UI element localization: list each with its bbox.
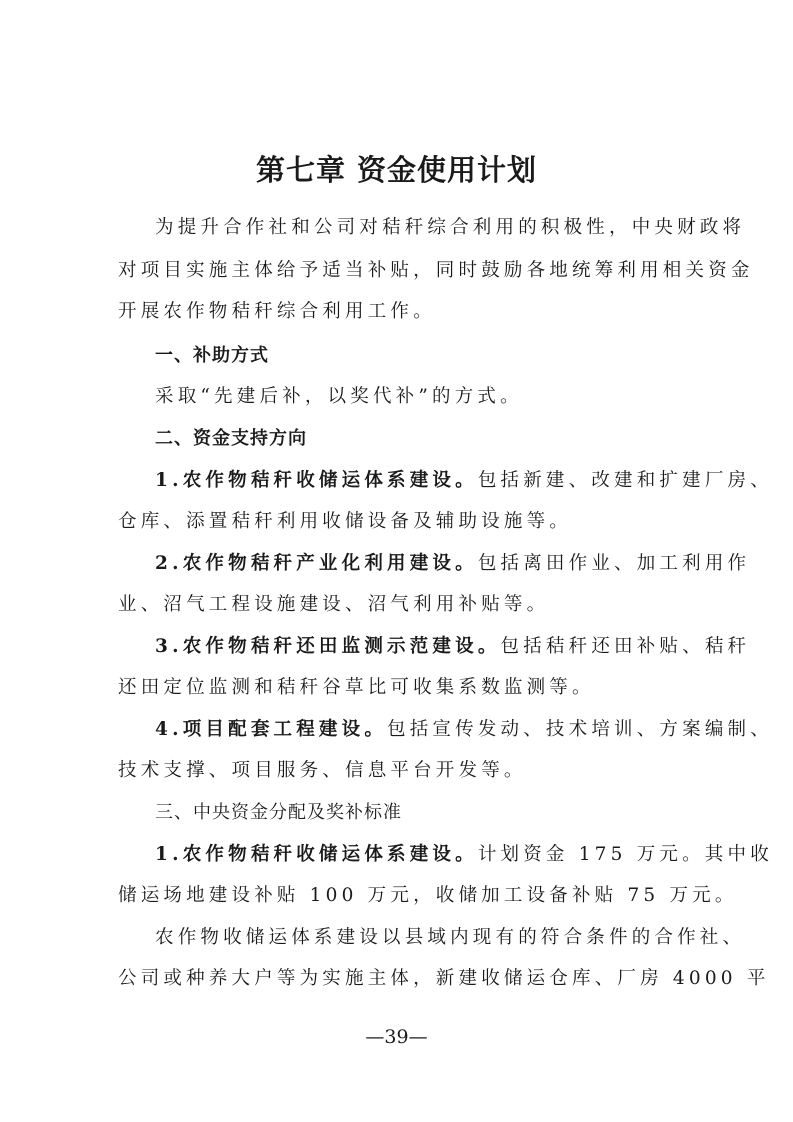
s3-item-1-line-2: 储运场地建设补贴 100 万元，收储加工设备补贴 75 万元。 [118,881,698,907]
item-2-line-1: 2.农作物秸秆产业化利用建设。包括离田作业、加工利用作 [155,549,698,575]
s3-para-line-2: 公司或种养大户等为实施主体，新建收储运仓库、厂房 4000 平 [118,964,698,990]
item-4-title: 4.项目配套工程建设。 [155,719,387,740]
item-4-line-1: 4.项目配套工程建设。包括宣传发动、技术培训、方案编制、 [155,715,698,741]
item-4-line-2: 技术支撑、项目服务、信息平台开发等。 [118,756,698,782]
page-number: —39— [0,1026,793,1048]
section2-heading: 二、资金支持方向 [155,424,698,450]
s3-para-line-1: 农作物收储运体系建设以县域内现有的符合条件的合作社、 [155,923,698,949]
item-2-line-2: 业、沼气工程设施建设、沼气利用补贴等。 [118,590,698,616]
intro-line-1: 为提升合作社和公司对秸秆综合利用的积极性，中央财政将 [155,213,698,239]
s3-item-1-title: 1.农作物秸秆收储运体系建设。 [155,844,478,865]
chapter-title: 第七章 资金使用计划 [0,148,793,189]
intro-line-3: 开展农作物秸秆综合利用工作。 [118,297,698,323]
section1-heading: 一、补助方式 [155,341,698,367]
item-3-line-1: 3.农作物秸秆还田监测示范建设。包括秸秆还田补贴、秸秆 [155,632,698,658]
section1-text: 采取“先建后补，以奖代补”的方式。 [155,382,698,408]
item-1-title: 1.农作物秸秆收储运体系建设。 [155,470,478,491]
s3-item-1-line-1: 1.农作物秸秆收储运体系建设。计划资金 175 万元。其中收 [155,840,698,866]
item-3-title: 3.农作物秸秆还田监测示范建设。 [155,636,501,657]
item-3-line-2: 还田定位监测和秸秆谷草比可收集系数监测等。 [118,673,698,699]
item-1-line-2: 仓库、添置秸秆利用收储设备及辅助设施等。 [118,507,698,533]
item-2-title: 2.农作物秸秆产业化利用建设。 [155,553,478,574]
section3-heading: 三、中央资金分配及奖补标准 [155,798,698,824]
intro-line-2: 对项目实施主体给予适当补贴，同时鼓励各地统筹利用相关资金 [118,256,698,282]
item-1-line-1: 1.农作物秸秆收储运体系建设。包括新建、改建和扩建厂房、 [155,466,698,492]
